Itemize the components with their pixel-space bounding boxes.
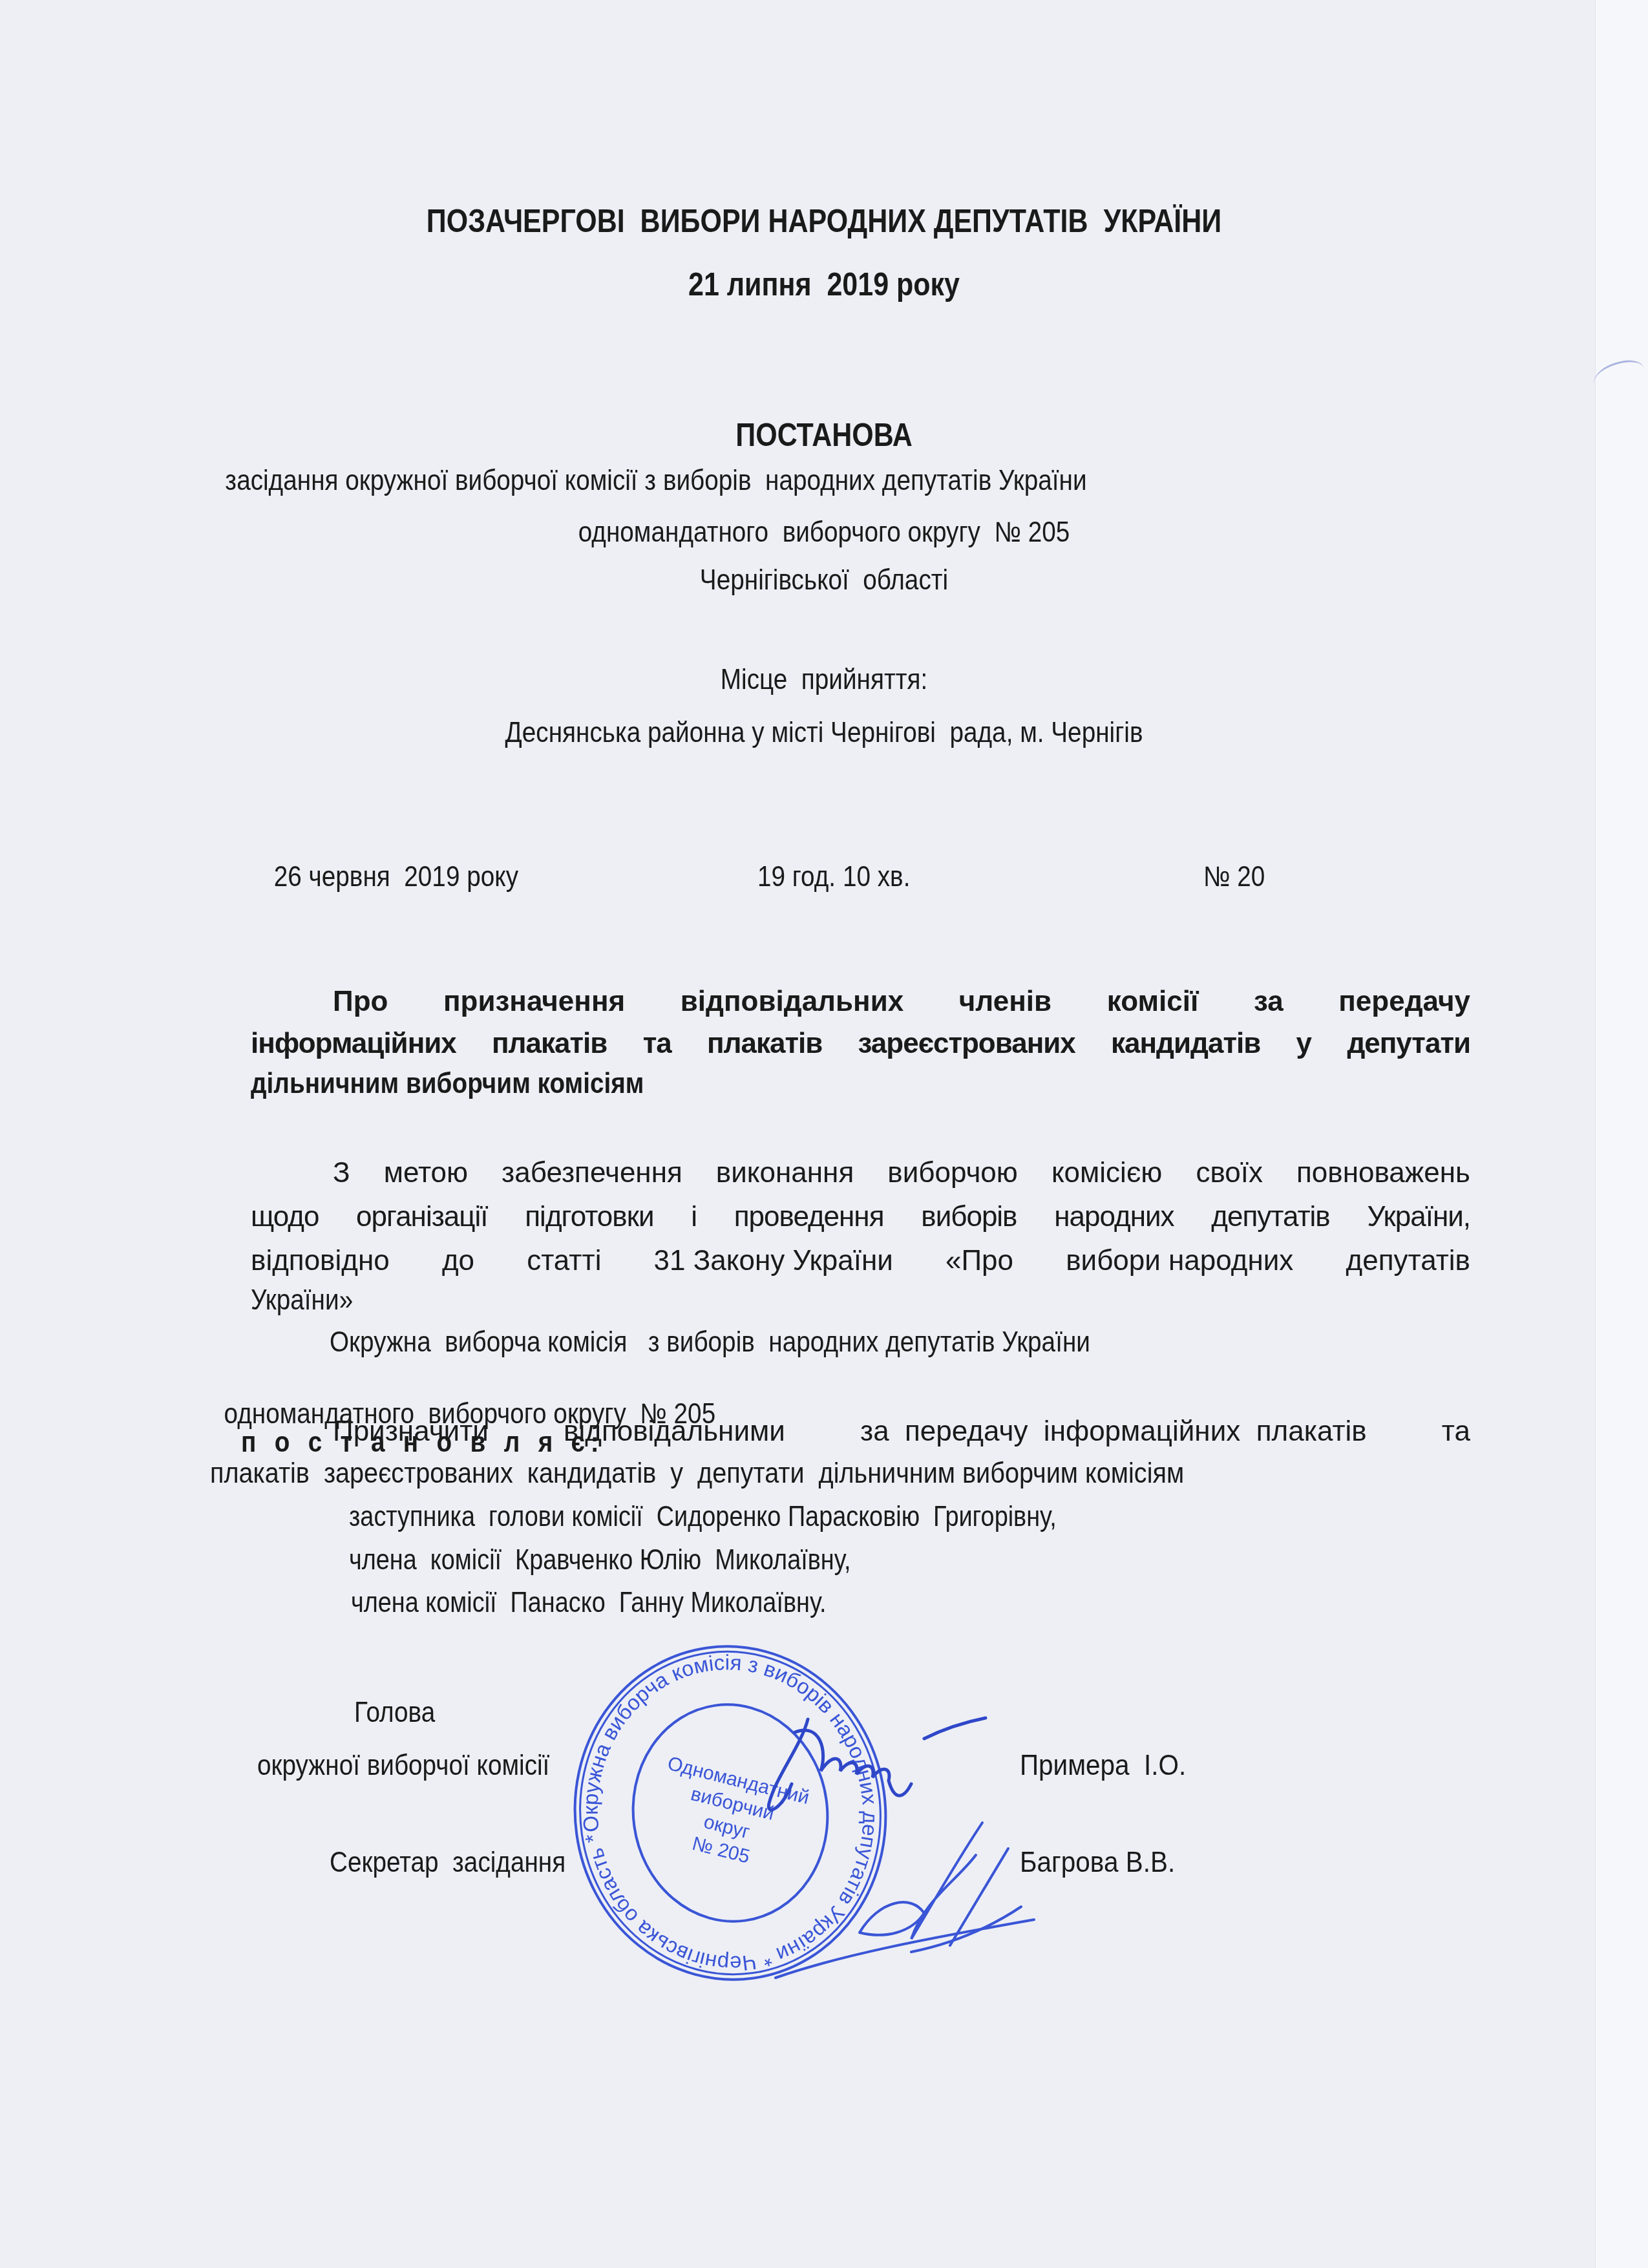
region-line: Чернігівської області [99,566,1549,595]
resolution-time: 19 год. 10 хв. [757,863,910,891]
resolution-number: № 20 [1203,863,1265,891]
preamble-line-2: щодо організації підготовки і проведення… [251,1201,1470,1233]
election-title: ПОЗАЧЕРГОВІ ВИБОРИ НАРОДНИХ ДЕПУТАТІВ УК… [116,205,1533,237]
district-line: одномандатного виборчого округу № 205 [99,518,1549,547]
election-date: 21 липня 2019 року [116,268,1533,301]
preamble-line-3: відповідно до статті 31 Закону України «… [251,1245,1470,1277]
appoint-line-2: плакатів зареєстрованих кандидатів у деп… [210,1459,1184,1488]
secretary-title: Секретар засідання [330,1849,565,1877]
subject-line-3: дільничним виборчим комісіям [251,1070,644,1098]
appointee-3: члена комісії Панаско Ганну Миколаївну. [351,1589,827,1617]
appointee-2: члена комісії Кравченко Юлію Миколаївну, [349,1546,850,1574]
chair-title-1: Голова [354,1699,435,1727]
chair-name: Примера І.О. [1020,1752,1186,1780]
resolution-date: 26 червня 2019 року [274,863,518,891]
document-type: ПОСТАНОВА [116,419,1533,451]
appointee-1: заступника голови комісії Сидоренко Пара… [349,1503,1057,1531]
secretary-signature [763,1803,1066,1984]
resolution-line-1: Окружна виборча комісія з виборів народн… [330,1328,1090,1357]
preamble-line-4: України» [251,1286,353,1315]
meeting-line: засідання окружної виборчої комісії з ви… [79,467,1233,495]
place-value: Деснянська районна у місті Чернігові рад… [99,719,1549,747]
page-edge-strip [1595,0,1648,2268]
appoint-line-1: Призначити відповідальними за передачу і… [333,1415,1470,1448]
subject-line-2: інформаційних плакатів та плакатів зареє… [251,1028,1470,1060]
place-label: Місце прийняття: [99,666,1549,694]
chair-title-2: окружної виборчої комісії [257,1752,549,1780]
subject-line-1: Про призначення відповідальних членів ко… [333,986,1470,1018]
preamble-line-1: З метою забезпечення виконання виборчою … [333,1157,1470,1189]
